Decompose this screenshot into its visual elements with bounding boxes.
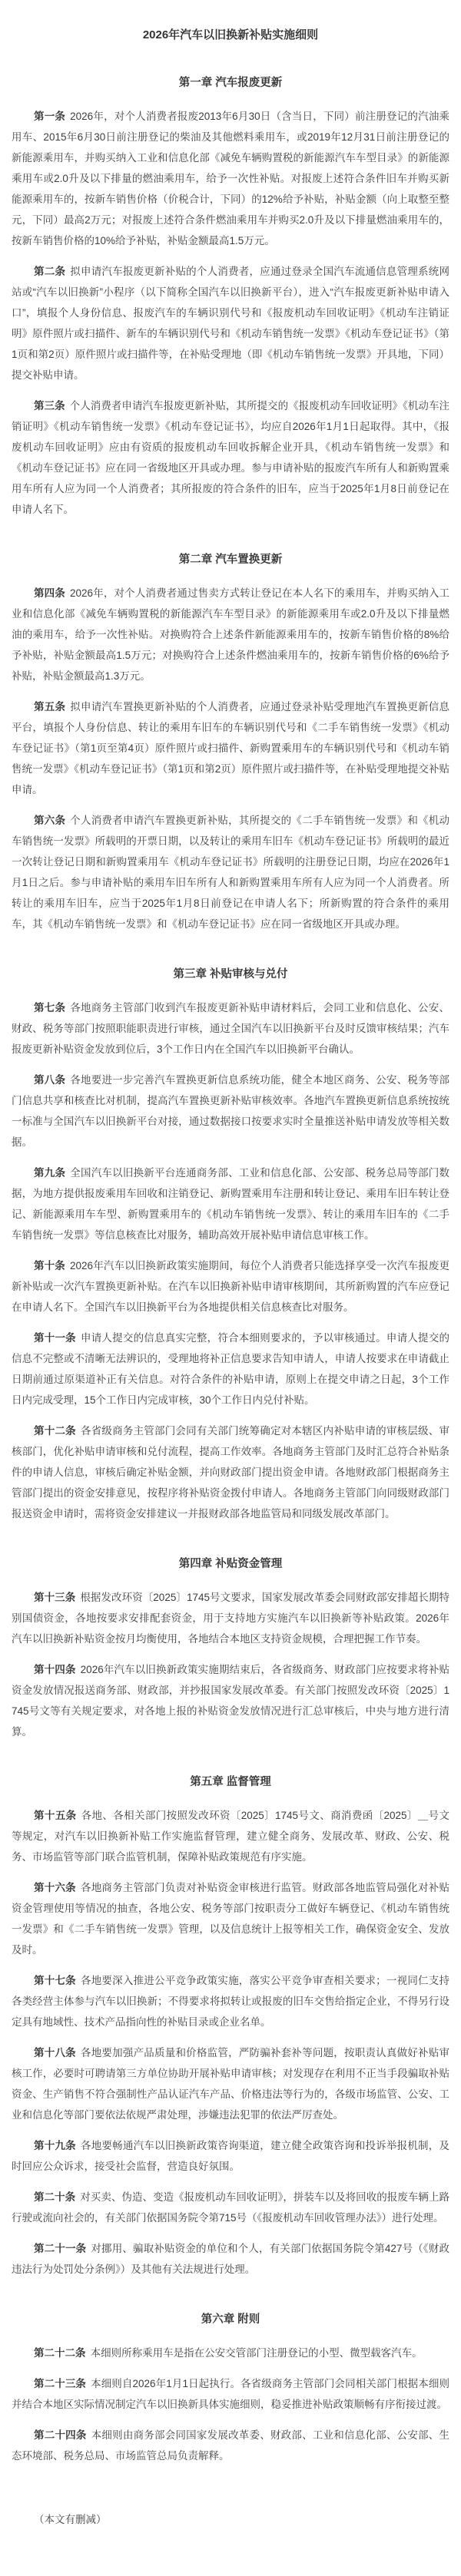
article-paragraph: 第九条全国汽车以旧换新平台连通商务部、工业和信息化部、公安部、税务总局等部门数据… — [12, 1162, 449, 1245]
article-text: 全国汽车以旧换新平台连通商务部、工业和信息化部、公安部、税务总局等部门数据，为地… — [12, 1167, 449, 1241]
article-text: 各省级商务主管部门会同有关部门统筹确定对本辖区内补贴申请的审核层级、审核部门，优… — [12, 1425, 449, 1519]
article-paragraph: 第十六条各地商务主管部门负责对补贴资金审核进行监管。财政部各地监管局强化对补贴资… — [12, 1877, 449, 1960]
article-paragraph: 第十条2026年汽车以旧换新政策实施期间，每位个人消费者只能选择享受一次汽车报废… — [12, 1255, 449, 1318]
article-label: 第二十一条 — [34, 2243, 91, 2254]
article-label: 第十二条 — [34, 1425, 81, 1437]
article-paragraph: 第二十一条对挪用、骗取补贴资金的单位和个人，有关部门依据国务院令第427号（《财… — [12, 2238, 449, 2280]
chapter-articles: 第四条2026年，对个人消费者通过售卖方式转让登记在本人名下的乘用车，并购买纳入… — [12, 583, 449, 934]
article-label: 第二条 — [34, 266, 70, 277]
article-text: 个人消费者申请汽车报废更新补贴，其所提交的《报废机动车回收证明》《机动车注销证明… — [12, 400, 449, 515]
article-paragraph: 第十四条2026年汽车以旧换新政策实施期结束后，各省级商务、财政部门应按要求将补… — [12, 1659, 449, 1742]
chapter-section: 第五章 监督管理 第十五条各地、各相关部门按照发改环资〔2025〕1745号文、… — [12, 1774, 449, 2280]
article-label: 第十条 — [34, 1260, 70, 1271]
article-label: 第十一条 — [34, 1332, 81, 1344]
chapter-articles: 第二十二条本细则所称乘用车是指在公安交管部门注册登记的小型、微型载客汽车。 第二… — [12, 2343, 449, 2466]
chapter-heading: 第五章 监督管理 — [12, 1774, 449, 1790]
article-paragraph: 第二十三条本细则自2026年1月1日起执行。各省级商务主管部门会同相关部门根据本… — [12, 2373, 449, 2415]
article-paragraph: 第十三条根据发改环资〔2025〕1745号文要求，国家发展改革委会同财政部安排超… — [12, 1587, 449, 1649]
article-label: 第三条 — [34, 400, 70, 412]
article-paragraph: 第五条拟申请汽车置换更新补贴的个人消费者，应通过登录补贴受理地汽车置换更新信息平… — [12, 696, 449, 800]
article-paragraph: 第二十二条本细则所称乘用车是指在公安交管部门注册登记的小型、微型载客汽车。 — [12, 2343, 449, 2363]
article-paragraph: 第十九条各地要畅通汽车以旧换新政策咨询渠道，建立健全政策咨询和投诉举报机制，及时… — [12, 2135, 449, 2177]
article-label: 第十三条 — [34, 1592, 80, 1603]
chapter-articles: 第七条各地商务主管部门收到汽车报废更新补贴申请材料后，会同工业和信息化、公安、财… — [12, 997, 449, 1524]
chapter-section: 第三章 补贴审核与兑付 第七条各地商务主管部门收到汽车报废更新补贴申请材料后，会… — [12, 967, 449, 1524]
chapter-heading: 第六章 附则 — [12, 2312, 449, 2327]
article-paragraph: 第二十四条本细则由商务部会同国家发展改革委、财政部、工业和信息化部、公安部、生态… — [12, 2425, 449, 2466]
article-paragraph: 第十七条各地要深入推进公平竞争政策实施，落实公平竞争审查相关要求；一视同仁支持各… — [12, 1970, 449, 2032]
chapter-heading: 第一章 汽车报废更新 — [12, 75, 449, 91]
article-text: 个人消费者申请汽车置换更新补贴，其所提交的《二手车销售统一发票》和《机动车销售统… — [12, 815, 449, 930]
article-label: 第二十二条 — [34, 2347, 91, 2359]
chapters-container: 第一章 汽车报废更新 第一条2026年，对个人消费者报废2013年6月30日（含… — [12, 75, 449, 2466]
article-paragraph: 第六条个人消费者申请汽车置换更新补贴，其所提交的《二手车销售统一发票》和《机动车… — [12, 810, 449, 934]
article-text: 各地商务主管部门收到汽车报废更新补贴申请材料后，会同工业和信息化、公安、财政、税… — [12, 1002, 449, 1055]
policy-document: 2026年汽车以旧换新补贴实施细则 第一章 汽车报废更新 第一条2026年，对个… — [0, 0, 461, 2576]
chapter-section: 第二章 汽车置换更新 第四条2026年，对个人消费者通过售卖方式转让登记在本人名… — [12, 552, 449, 934]
article-paragraph: 第十五条各地、各相关部门按照发改环资〔2025〕1745号文、商消费函〔2025… — [12, 1805, 449, 1867]
article-paragraph: 第二十条对买卖、伪造、变造《报废机动车回收证明》，拼装车以及将回收的报废车辆上路… — [12, 2187, 449, 2228]
chapter-articles: 第十三条根据发改环资〔2025〕1745号文要求，国家发展改革委会同财政部安排超… — [12, 1587, 449, 1742]
chapter-heading: 第三章 补贴审核与兑付 — [12, 967, 449, 982]
article-text: 拟申请汽车报废更新补贴的个人消费者，应通过登录全国汽车流通信息管理系统网站或“汽… — [12, 266, 449, 381]
article-label: 第十五条 — [34, 1810, 81, 1821]
article-text: 2026年，对个人消费者报废2013年6月30日（含当日，下同）前注册登记的汽油… — [12, 111, 449, 246]
article-paragraph: 第十八条各地要加强产品质量和价格监管，严防骗补套补等问题，按职责认真做好补贴审核… — [12, 2042, 449, 2125]
article-label: 第十四条 — [34, 1664, 81, 1675]
article-label: 第六条 — [34, 815, 70, 826]
article-paragraph: 第七条各地商务主管部门收到汽车报废更新补贴申请材料后，会同工业和信息化、公安、财… — [12, 997, 449, 1060]
article-label: 第二十三条 — [34, 2378, 91, 2389]
article-paragraph: 第三条个人消费者申请汽车报废更新补贴，其所提交的《报废机动车回收证明》《机动车注… — [12, 395, 449, 520]
article-label: 第二十条 — [34, 2191, 80, 2203]
article-label: 第九条 — [34, 1167, 70, 1179]
article-label: 第五条 — [34, 701, 70, 713]
article-label: 第八条 — [34, 1074, 70, 1086]
article-label: 第二十四条 — [34, 2429, 91, 2441]
chapter-heading: 第二章 汽车置换更新 — [12, 552, 449, 567]
article-paragraph: 第十二条各省级商务主管部门会同有关部门统筹确定对本辖区内补贴申请的审核层级、审核… — [12, 1420, 449, 1524]
article-text: 拟申请汽车置换更新补贴的个人消费者，应通过登录补贴受理地汽车置换更新信息平台，填… — [12, 701, 449, 795]
article-paragraph: 第四条2026年，对个人消费者通过售卖方式转让登记在本人名下的乘用车，并购买纳入… — [12, 583, 449, 686]
page-title: 2026年汽车以旧换新补贴实施细则 — [12, 28, 449, 43]
article-label: 第一条 — [34, 111, 70, 122]
chapter-heading: 第四章 补贴资金管理 — [12, 1556, 449, 1572]
article-paragraph: 第一条2026年，对个人消费者报废2013年6月30日（含当日，下同）前注册登记… — [12, 106, 449, 251]
article-label: 第七条 — [34, 1002, 70, 1014]
article-label: 第十六条 — [34, 1882, 81, 1893]
article-paragraph: 第八条各地要进一步完善汽车置换更新信息系统功能，健全本地区商务、公安、税务等部门… — [12, 1070, 449, 1152]
article-label: 第十九条 — [34, 2140, 81, 2151]
article-text: 2026年汽车以旧换新政策实施期间，每位个人消费者只能选择享受一次汽车报废更新补… — [12, 1260, 449, 1313]
article-paragraph: 第二条拟申请汽车报废更新补贴的个人消费者，应通过登录全国汽车流通信息管理系统网站… — [12, 261, 449, 385]
article-paragraph: 第十一条申请人提交的信息真实完整，符合本细则要求的，予以审核通过。申请人提交的信… — [12, 1328, 449, 1410]
footer-note: （本文有删减） — [12, 2509, 449, 2530]
article-label: 第四条 — [34, 587, 70, 599]
chapter-articles: 第十五条各地、各相关部门按照发改环资〔2025〕1745号文、商消费函〔2025… — [12, 1805, 449, 2280]
article-text: 各地要进一步完善汽车置换更新信息系统功能，健全本地区商务、公安、税务等部门信息共… — [12, 1074, 449, 1148]
chapter-articles: 第一条2026年，对个人消费者报废2013年6月30日（含当日，下同）前注册登记… — [12, 106, 449, 520]
article-text: 本细则所称乘用车是指在公安交管部门注册登记的小型、微型载客汽车。 — [91, 2347, 423, 2359]
chapter-section: 第六章 附则 第二十二条本细则所称乘用车是指在公安交管部门注册登记的小型、微型载… — [12, 2312, 449, 2466]
chapter-section: 第一章 汽车报废更新 第一条2026年，对个人消费者报废2013年6月30日（含… — [12, 75, 449, 520]
article-text: 2026年，对个人消费者通过售卖方式转让登记在本人名下的乘用车，并购买纳入工业和… — [12, 587, 449, 682]
article-label: 第十八条 — [34, 2047, 81, 2058]
article-label: 第十七条 — [34, 1975, 81, 1986]
chapter-section: 第四章 补贴资金管理 第十三条根据发改环资〔2025〕1745号文要求，国家发展… — [12, 1556, 449, 1742]
